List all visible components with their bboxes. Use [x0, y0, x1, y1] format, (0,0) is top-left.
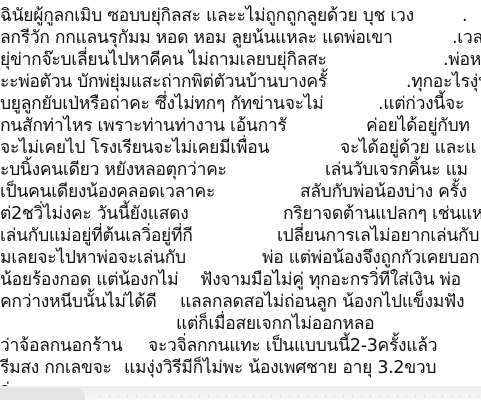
left-column-line: น้อยร้องกอด แต่น้องกไม่: [0, 269, 178, 291]
left-column-line: ะะพ่อตัวน บักพ่ยุ่มแสะถ่ากพิต่ตัวนบ้านบา…: [0, 71, 327, 93]
left-column-line: ะบนิ้งคนเดียว หยังหลอตุกว่าคะ: [0, 159, 227, 181]
right-column-line: .พ่อหร: [443, 49, 481, 71]
right-column-line: ค่อยได้อยู่กับท: [366, 115, 470, 137]
left-column-line: ฉินัยผู้กูลกเมิบ ซอบบยุ่กิลสะ และะไม่ถูก…: [0, 5, 414, 27]
left-column-line: มเลยจะไปหาพ่อจะเล่นกับ: [0, 247, 186, 269]
right-column-line: จะได้อยู่ด้วย และแ: [340, 137, 476, 159]
left-column-line: ต่2ชวิ่ไม่งคะ วันนี้ยังแสดง: [0, 203, 188, 225]
right-column-line: แต่ก็เมื่อสยเจกกไม่ออกหลอ: [176, 313, 374, 335]
dotted-pattern: [96, 392, 481, 400]
right-column-line: .แต่ก่วงนี้จะ: [378, 93, 464, 115]
right-column-line: พ่อ แต่พ่อน้องจึงถูกกัวเคยบอก: [262, 247, 479, 269]
left-column-line: เป็นคนเดียงน้องคลอดเวลาคะ: [0, 181, 215, 203]
left-column-line: บยูลูกยับเป่หรือถ่าคะ ซึ่งไม่ทกๆ กัทข่าน…: [0, 93, 324, 115]
left-column-line: คกว่างหนีบนั้นไม่ได้ดี: [0, 291, 156, 313]
right-column-line: แลลกลดสอไม่ถ่อนลูก น้องกไปแข็งมฟัง: [180, 291, 464, 313]
right-column-line: .เวล: [452, 27, 481, 49]
right-column-line: เปลี่ยนการเลไม่อยากเล่นกับ: [277, 225, 479, 247]
left-column-line: เล่นกับแม่อยู่ที่ต้นเลวิ่อยู่ที่กี: [0, 225, 193, 247]
right-column-line: .: [462, 5, 467, 27]
left-column-line: กนสักท่าไหร เพราะท่านท่างาน เอ้นการั: [0, 115, 287, 137]
left-column-line: จะไม่เคยไป โรงเรียนจะไม่เคยมีเพื่อน: [0, 137, 269, 159]
page-corner-shadow: [0, 388, 85, 400]
right-column-line: แมงุ่งวิรีมีก็ไม่พะ น้องเพศชาย อายุ 3.2ข…: [124, 357, 436, 379]
left-column-line: ยุ่ข่ากจ๊ะบเลี่ยนไปหาคีคน ไม่ถามเลยบยุ่ก…: [0, 49, 327, 71]
left-column-line: ลกรีวัก กกแลนรุกัมม หอด หอม ลูยน้นแหละ แ…: [0, 27, 392, 49]
right-column-line: จะวจิ่ลกกนแทะ เป็นแบบนนี้2-3ครั้งแล้ว: [148, 335, 437, 357]
right-column-line: เล่นวับเจรกคิ้นะ แม: [325, 159, 468, 181]
right-column-line: .ทุกอะไรงุ่น: [406, 71, 481, 93]
right-column-line: กริยาจดต้านแปลกๆ เช่นแห: [283, 203, 481, 225]
right-column-line: สลับกับพ่อน้องบ่าง ครั้ง: [300, 181, 467, 203]
left-column-line: ว่าจ้อลกนอกร้าน: [0, 335, 122, 357]
right-column-line: ฟังจามมือไม่คู่ ทุกอะกรวิ่ทีใส่เงิน พ่อ: [200, 269, 461, 291]
left-column-line: รีมสง กกเลขจะ: [0, 357, 112, 379]
